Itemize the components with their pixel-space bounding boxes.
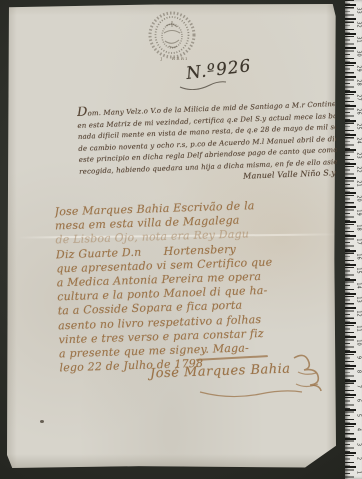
number-flourish xyxy=(178,78,228,90)
ruler-tick xyxy=(345,62,356,64)
ruler-number: 26 xyxy=(355,108,362,116)
ruler-tick xyxy=(345,409,356,411)
paper-seal-stamp xyxy=(141,11,203,61)
ruler-number: 19 xyxy=(355,209,362,217)
seal-caption: J · RRRI xyxy=(147,56,202,61)
signature-underline-flourish xyxy=(196,384,306,398)
ruler-tick xyxy=(345,221,356,223)
ruler-number: 22 xyxy=(355,165,362,173)
ruler-number: 8 xyxy=(355,368,362,376)
ruler-number: 28 xyxy=(355,79,362,87)
ruler-number: 3 xyxy=(355,440,362,448)
ruler-number: 17 xyxy=(355,238,362,246)
measurement-ruler: 3332313029282726252423222120191817161514… xyxy=(345,0,362,479)
ruler-number: 25 xyxy=(355,122,362,130)
ruler-tick xyxy=(345,91,356,93)
ruler-number: 27 xyxy=(355,93,362,101)
ruler-tick xyxy=(345,250,356,252)
ruler-number: 23 xyxy=(355,151,362,159)
ruler-number: 7 xyxy=(355,382,362,390)
ruler-number: 10 xyxy=(355,339,362,347)
ruler-number: 18 xyxy=(355,223,362,231)
ruler-tick xyxy=(345,380,356,382)
ruler-number: 11 xyxy=(355,324,362,332)
ruler-number: 1 xyxy=(355,469,362,477)
ruler-number: 4 xyxy=(355,426,362,434)
ruler-number: 5 xyxy=(355,411,362,419)
photographed-manuscript: J · RRRI N.º926 Dom. Many Velz.o V.o de … xyxy=(0,0,362,479)
ruler-tick xyxy=(345,351,356,353)
ruler-number: 13 xyxy=(355,296,362,304)
ruler-number: 21 xyxy=(355,180,362,188)
ruler-number: 33 xyxy=(355,7,362,15)
ruler-number: 15 xyxy=(355,267,362,275)
ruler-number: 2 xyxy=(355,454,362,462)
ruler-tick xyxy=(345,149,356,151)
ruler-number: 32 xyxy=(355,21,362,29)
ruler-number: 30 xyxy=(355,50,362,58)
ruler-number: 12 xyxy=(355,310,362,318)
ruler-number: 14 xyxy=(355,281,362,289)
ruler-tick xyxy=(345,120,356,122)
paragraph-attestation: Jose Marques Bahia Escrivão de lamesa em… xyxy=(54,197,337,376)
ruler-number: 31 xyxy=(355,35,362,43)
ruler-tick xyxy=(345,438,356,440)
ink-speck xyxy=(40,420,44,423)
ruler-number: 6 xyxy=(355,397,362,405)
ruler-tick xyxy=(345,279,356,281)
ruler-number: 9 xyxy=(355,353,362,361)
ruler-number: 16 xyxy=(355,252,362,260)
ruler-number: 29 xyxy=(355,64,362,72)
seal-emblem-icon xyxy=(141,11,203,61)
ruler-number: 20 xyxy=(355,194,362,202)
ruler-number: 24 xyxy=(355,137,362,145)
